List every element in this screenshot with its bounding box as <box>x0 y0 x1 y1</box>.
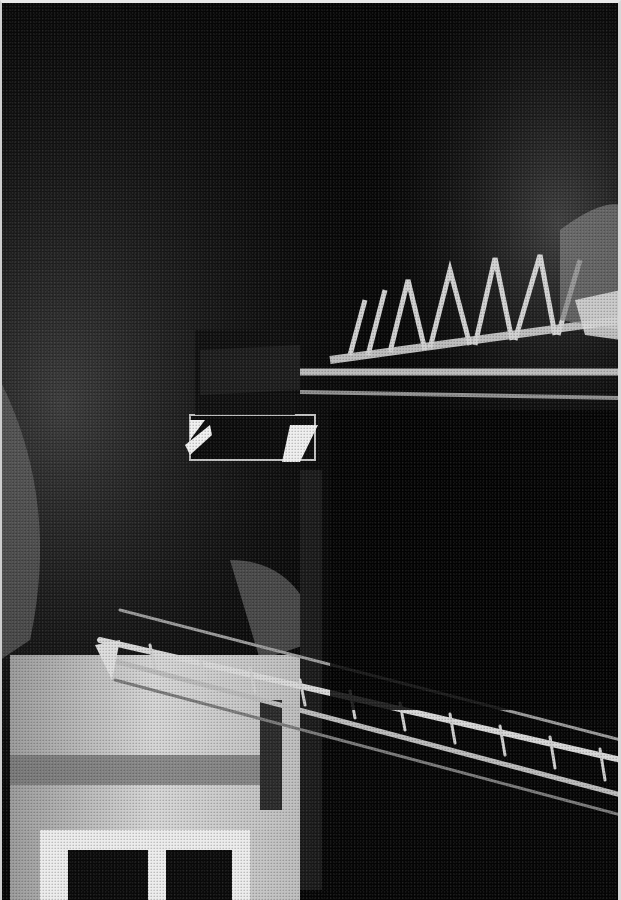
cornice <box>10 755 270 785</box>
scene <box>0 0 621 900</box>
window-left <box>68 850 148 900</box>
photograph <box>0 0 621 900</box>
dark-wall <box>330 410 621 710</box>
window-right <box>166 850 232 900</box>
building-edge <box>300 470 322 890</box>
